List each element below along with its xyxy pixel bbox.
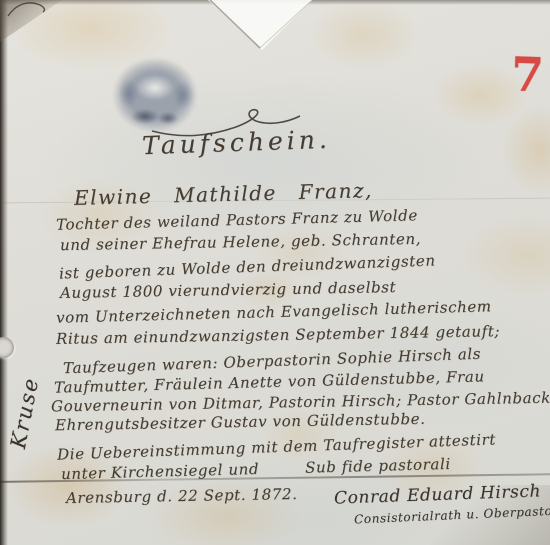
scanned-baptism-certificate: 7 Taufschein. Elwine Mathilde Franz, Toc…: [0, 0, 550, 545]
torn-left-edge: [0, 0, 8, 545]
red-archival-number: 7: [510, 51, 544, 99]
tape-fold: [190, 0, 340, 55]
corner-pen-squiggle: [6, 0, 56, 22]
attestation-latin-formula: Sub fide pastorali: [305, 455, 451, 477]
